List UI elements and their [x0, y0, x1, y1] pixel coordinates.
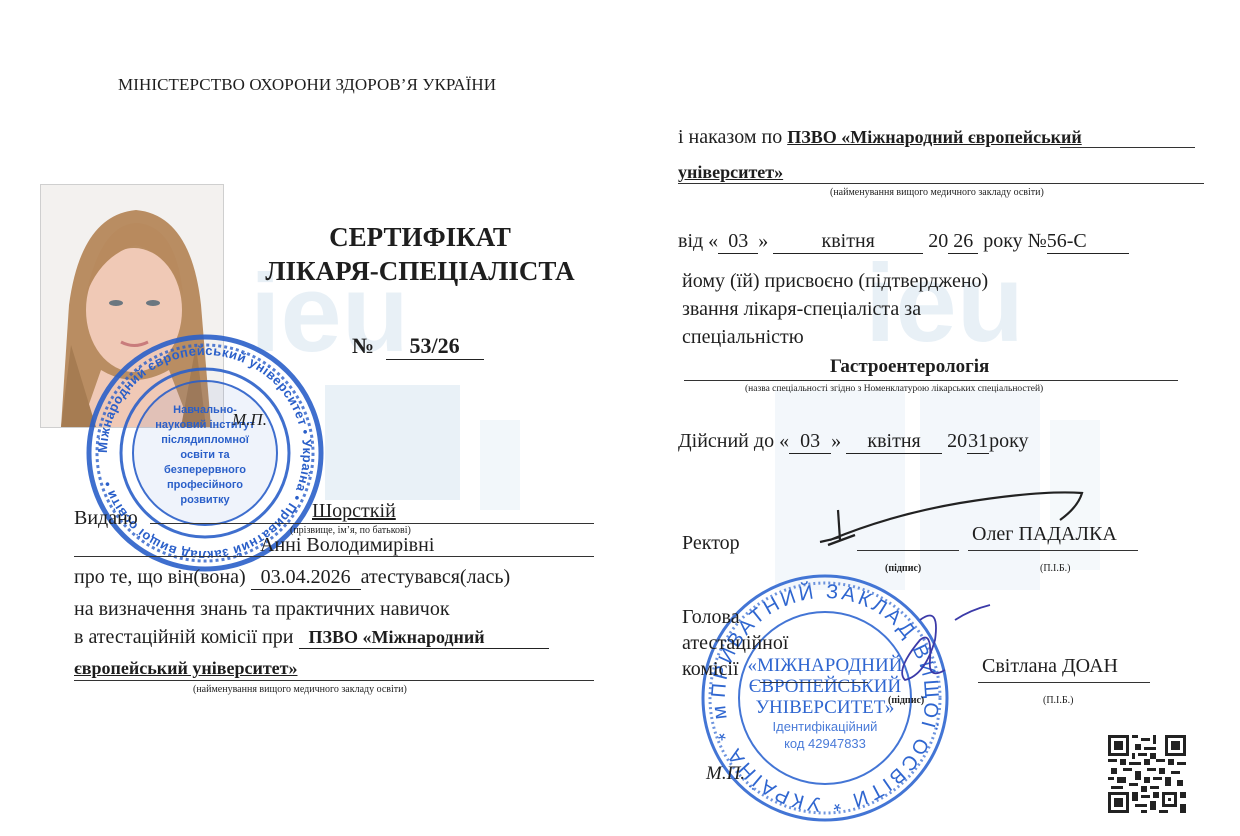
about-prefix: про те, що він(вона)	[74, 566, 246, 588]
specialty: Гастроентерологія	[830, 356, 989, 378]
head-label-1: Голова	[682, 606, 740, 629]
holder-surname: Шорсткій	[312, 500, 396, 523]
specialty-line	[684, 380, 1178, 381]
valid-year-prefix: 20	[947, 430, 967, 452]
head-signature	[860, 600, 1000, 690]
right-mp-label: М.П.	[706, 763, 745, 785]
stamp-left-line-4: безперервного	[164, 464, 246, 476]
stamp-left-line-0: Навчально-	[173, 404, 237, 416]
institution-caption: (найменування вищого медичного закладу о…	[193, 684, 407, 695]
valid-suffix: року	[989, 430, 1028, 452]
rector-signature-line	[857, 550, 959, 551]
head-label-2: атестаційної	[682, 632, 788, 655]
attestation-date: 03.04.2026	[251, 566, 361, 590]
rector-name-line	[968, 550, 1138, 551]
surname-line	[150, 523, 594, 524]
order-institution-part1: ПЗВО «Міжнародний європейський	[787, 127, 1082, 147]
stamp-right-ident-2: код 42947833	[784, 736, 866, 751]
head-name-line	[978, 682, 1150, 683]
order-month: квітня	[773, 230, 923, 254]
left-mp-label: М.П.	[232, 410, 267, 430]
institution-line	[74, 680, 594, 681]
assigned-line2: звання лікаря-спеціаліста за	[682, 298, 921, 321]
valid-until-line: Дійсний до «03» квітня 2031року	[678, 430, 1029, 454]
stamp-left-line-3: освіти та	[180, 449, 230, 461]
commission-line: в атестаційній комісії при ПЗВО «Міжнаро…	[74, 626, 549, 649]
order-year-prefix: 20	[928, 230, 948, 252]
knowledge-line: на визначення знань та практичних навичо…	[74, 598, 450, 621]
order-line-underline	[1060, 147, 1195, 148]
qr-code[interactable]	[1108, 735, 1186, 813]
from-label: від «	[678, 230, 718, 252]
watermark-book-left	[325, 385, 460, 500]
order-prefix: і наказом по	[678, 126, 782, 148]
issued-label: Видано	[74, 507, 138, 530]
stamp-right-ident-1: Ідентифікаційний	[773, 719, 878, 734]
stamp-left-line-6: розвитку	[180, 494, 230, 506]
order-institution-line	[678, 183, 1204, 184]
order-number: 56-С	[1047, 230, 1129, 254]
ministry-header: МІНІСТЕРСТВО ОХОРОНИ ЗДОРОВ’Я УКРАЇНИ	[118, 75, 496, 95]
rector-name: Олег ПАДАЛКА	[972, 523, 1117, 546]
attestation-line: про те, що він(вона) 03.04.2026атестував…	[74, 566, 510, 590]
certificate-number-value: 53/26	[386, 333, 484, 360]
specialty-caption: (назва спеціальності згідно з Номенклату…	[745, 384, 1043, 394]
institution-part2: європейський університет»	[74, 658, 298, 679]
holder-given-names: Анні Володимирівні	[260, 534, 434, 557]
order-line: і наказом по ПЗВО «Міжнародний європейсь…	[678, 126, 1082, 149]
rector-label: Ректор	[682, 532, 740, 555]
valid-day: 03	[789, 430, 831, 454]
stamp-right-center-3: УНІВЕРСИТЕТ»	[756, 697, 895, 718]
head-pib-caption: (П.І.Б.)	[1043, 695, 1073, 706]
head-signature-caption: (підпис)	[888, 695, 924, 706]
valid-month: квітня	[846, 430, 942, 454]
head-label-3: комісії	[682, 658, 739, 681]
order-day: 03	[718, 230, 758, 254]
order-institution-caption: (найменування вищого медичного закладу о…	[830, 187, 1044, 198]
commission-prefix: в атестаційній комісії при	[74, 626, 294, 648]
watermark-book-left-2	[480, 420, 520, 510]
valid-close: »	[831, 430, 841, 452]
order-year-suffix: року №	[983, 230, 1047, 252]
about-suffix: атестувався(лась)	[361, 566, 510, 588]
head-name: Світлана ДОАН	[982, 655, 1118, 678]
number-sign: №	[352, 333, 374, 358]
institution-part1: ПЗВО «Міжнародний	[299, 627, 549, 649]
order-institution-part2: університет»	[678, 162, 783, 183]
stamp-left-line-5: професійного	[167, 479, 243, 491]
valid-year: 31	[967, 430, 989, 454]
head-signature-line	[760, 682, 868, 683]
assigned-line1: йому (їй) присвоєно (підтверджено)	[682, 270, 988, 293]
rector-pib-caption: (П.І.Б.)	[1040, 563, 1070, 574]
assigned-line3: спеціальністю	[682, 326, 804, 349]
valid-label: Дійсний до «	[678, 430, 789, 452]
from-close: »	[758, 230, 768, 252]
certificate-number: № 53/26	[352, 333, 484, 360]
certificate-title-line2: ЛІКАРЯ-СПЕЦІАЛІСТА	[230, 256, 610, 287]
order-date-line: від «03» квітня 2026 року №56-С	[678, 230, 1129, 254]
certificate-title-line1: СЕРТИФІКАТ	[240, 222, 600, 253]
order-year: 26	[948, 230, 978, 254]
stamp-left-line-2: післядипломної	[161, 434, 250, 446]
